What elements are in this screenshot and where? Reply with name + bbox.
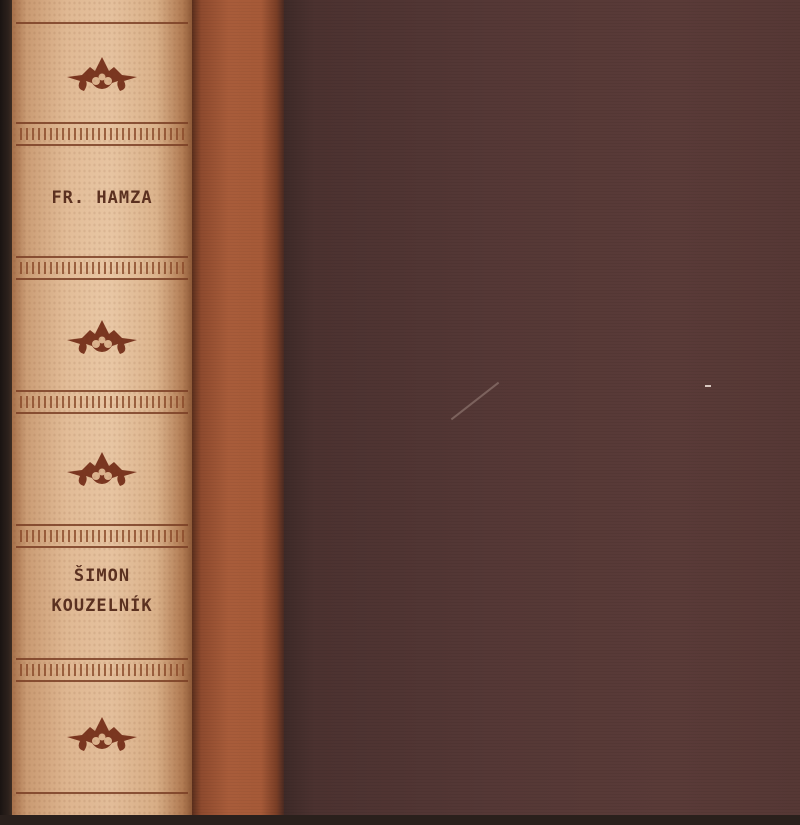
spine-title-line-2: KOUZELNÍK [12, 596, 192, 616]
book-bottom-edge [0, 815, 800, 825]
spine-title-line-1: ŠIMON [12, 566, 192, 586]
cover-speck [705, 385, 711, 387]
floral-ornament-icon [62, 318, 142, 358]
book-photo: FR. HAMZA ŠIMON KOUZ [0, 0, 800, 825]
spine-author: FR. HAMZA [12, 188, 192, 208]
book-board-edge [192, 0, 284, 825]
book-cover-cloth [284, 0, 800, 825]
floral-ornament-icon [62, 55, 142, 95]
floral-ornament-icon [62, 450, 142, 490]
book-spine: FR. HAMZA ŠIMON KOUZ [12, 0, 192, 825]
floral-ornament-icon [62, 715, 142, 755]
